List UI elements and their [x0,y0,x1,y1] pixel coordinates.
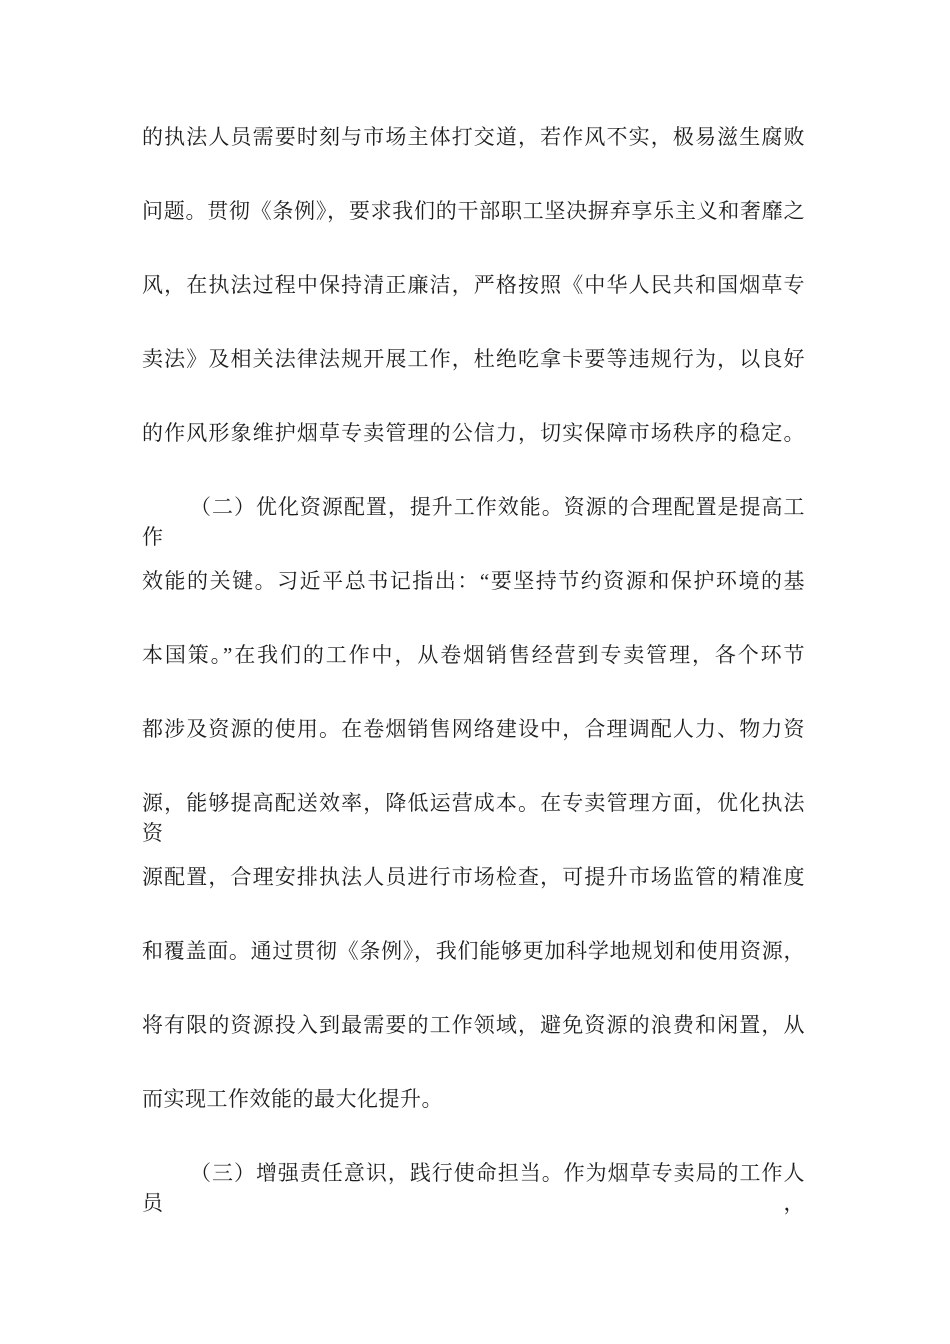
text-line: 和覆盖面。通过贯彻《条例》，我们能够更加科学地规划和使用资源， [142,936,805,1010]
text-line-paragraph-start: （三）增强责任意识，践行使命担当。作为烟草专卖局的工作人员， [142,1158,805,1232]
text-line: 都涉及资源的使用。在卷烟销售网络建设中，合理调配人力、物力资 [142,714,805,788]
text-line: 的作风形象维护烟草专卖管理的公信力，切实保障市场秩序的稳定。 [142,418,805,492]
text-line: 源配置，合理安排执法人员进行市场检查，可提升市场监管的精准度 [142,862,805,936]
text-line-paragraph-start: （二）优化资源配置，提升工作效能。资源的合理配置是提高工作 [142,492,805,566]
text-line: 问题。贯彻《条例》，要求我们的干部职工坚决摒弃享乐主义和奢靡之 [142,196,805,270]
text-line: 源，能够提高配送效率，降低运营成本。在专卖管理方面，优化执法资 [142,788,805,862]
text-line: 本国策。”在我们的工作中，从卷烟销售经营到专卖管理，各个环节 [142,640,805,714]
text-line: 的执法人员需要时刻与市场主体打交道，若作风不实，极易滋生腐败 [142,122,805,196]
text-line: 卖法》及相关法律法规开展工作，杜绝吃拿卡要等违规行为，以良好 [142,344,805,418]
text-line: 将有限的资源投入到最需要的工作领域，避免资源的浪费和闲置，从 [142,1010,805,1084]
document-text-block: 的执法人员需要时刻与市场主体打交道，若作风不实，极易滋生腐败 问题。贯彻《条例》… [142,122,805,1232]
document-page: 的执法人员需要时刻与市场主体打交道，若作风不实，极易滋生腐败 问题。贯彻《条例》… [0,0,950,1344]
text-line: 效能的关键。习近平总书记指出：“要坚持节约资源和保护环境的基 [142,566,805,640]
text-line: 风，在执法过程中保持清正廉洁，严格按照《中华人民共和国烟草专 [142,270,805,344]
text-line-paragraph-end: 而实现工作效能的最大化提升。 [142,1084,805,1158]
